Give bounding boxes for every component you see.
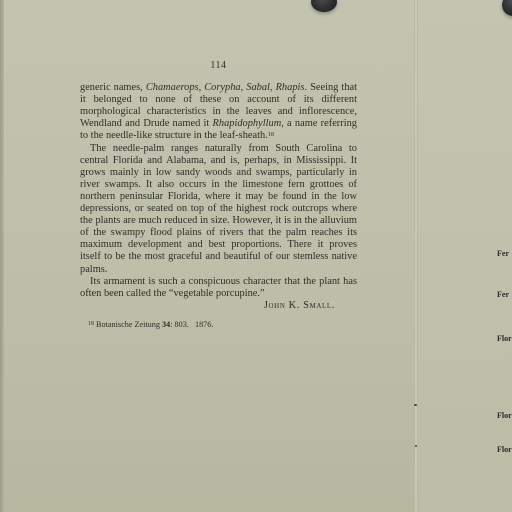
body-text: generic names, Chamaerops, Corypha, Saba… [80, 82, 357, 300]
footnote-source: Botanische Zeitung [96, 320, 162, 329]
adjacent-page-label: Fer [497, 290, 509, 299]
footnote-year: 1876. [195, 320, 213, 329]
text-run: Its armament is such a conspicuous chara… [80, 276, 357, 299]
italic-term: Sabal [246, 82, 270, 93]
paragraph: Its armament is such a conspicuous chara… [80, 276, 357, 300]
italic-term: Corypha [204, 82, 240, 93]
footnote-marker: 18 [88, 321, 94, 327]
footnote-volume: 34 [162, 320, 170, 329]
page-number: 114 [80, 60, 357, 72]
scan-mark [414, 404, 417, 406]
paragraph: generic names, Chamaerops, Corypha, Saba… [80, 82, 357, 142]
italic-term: Chamaerops [146, 82, 199, 93]
footnote-pages: : 803. [170, 320, 189, 329]
italic-term: Rhapis [276, 82, 305, 93]
page-content: 114 generic names, Chamaerops, Corypha, … [80, 60, 357, 331]
scan-mark [415, 445, 417, 447]
adjacent-page-label: Flor [497, 411, 512, 420]
footnote-ref: 18 [268, 132, 274, 138]
text-run: The needle-palm ranges naturally from So… [80, 143, 357, 275]
author-signature: John K. Small. [80, 300, 335, 312]
italic-term: Rhapidophyllum [213, 118, 282, 129]
scanned-book-spread: 114 generic names, Chamaerops, Corypha, … [0, 0, 512, 512]
text-run: generic names, [80, 82, 146, 93]
footnote: 18 Botanische Zeitung 34: 803. 1876. [88, 319, 357, 331]
adjacent-page-label: Flor [497, 445, 512, 454]
adjacent-page-label: Flor [497, 334, 512, 343]
adjacent-page-label: Fer [497, 249, 509, 258]
paragraph: The needle-palm ranges naturally from So… [80, 143, 357, 276]
